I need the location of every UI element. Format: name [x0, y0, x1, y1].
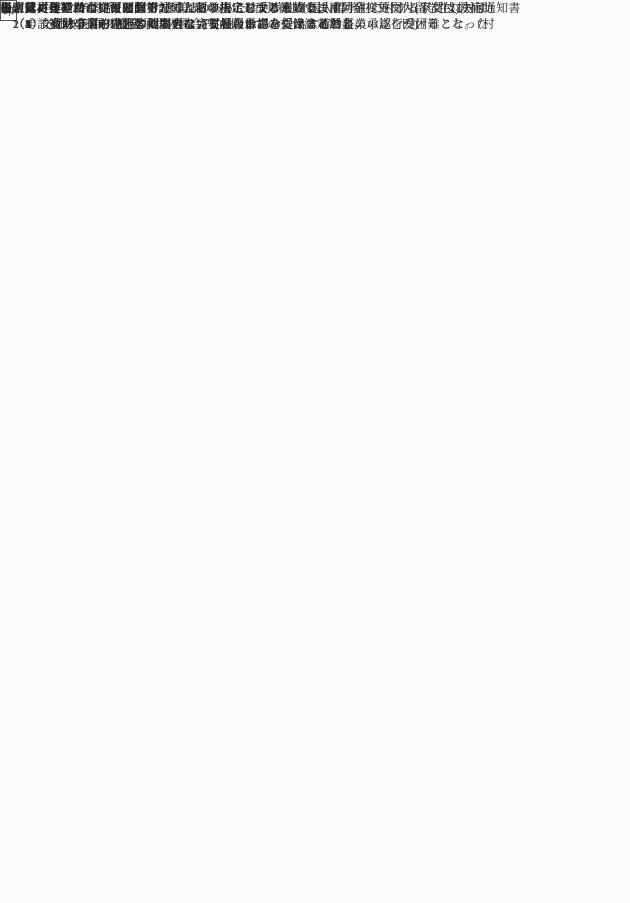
condition-continuation: 場合は、速やかに村長に報告して、その指示を受けること。 — [0, 0, 329, 16]
condition-text: 補助事業が予定の期間内に完了しない場合、又は補助事業の遂行が困難となった — [49, 17, 488, 31]
condition-number: （5） — [13, 17, 44, 31]
document-page: 様式第4号(第7条関係) 年 月 日 （申請者）様 南阿蘇村長 印 南阿蘇村外国… — [0, 0, 630, 903]
